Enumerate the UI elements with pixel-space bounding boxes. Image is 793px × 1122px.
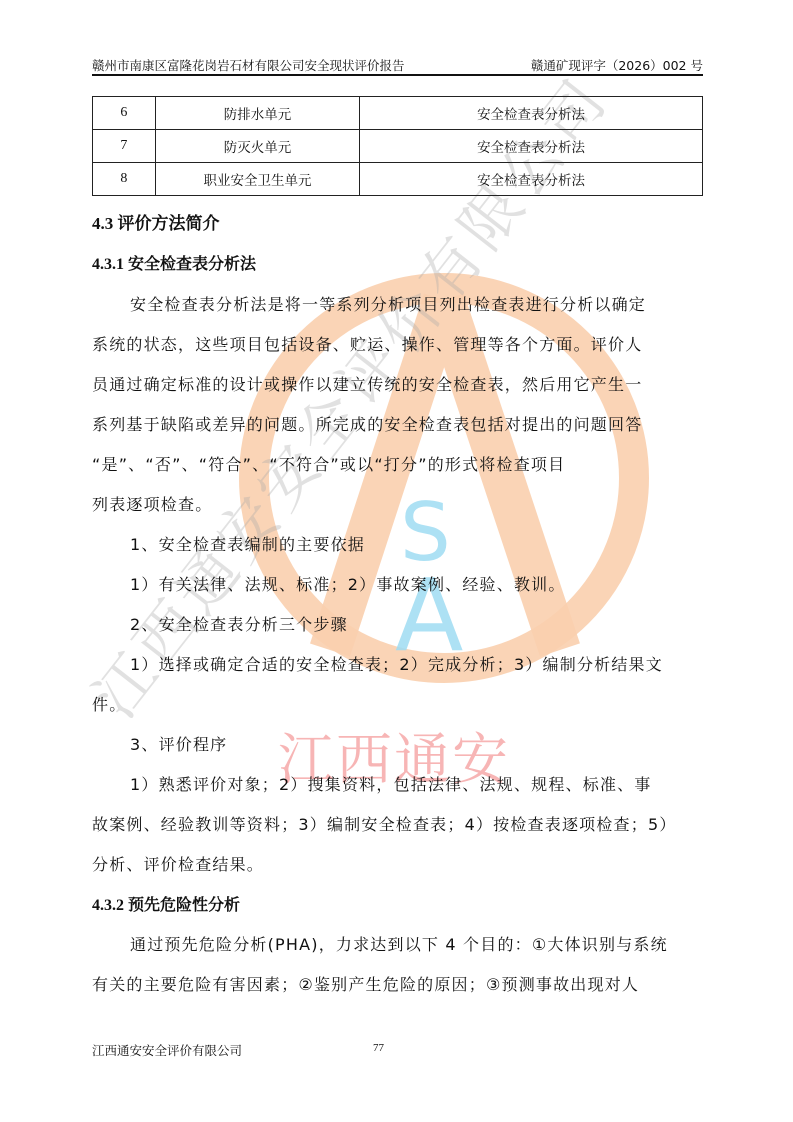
list-heading: 1、安全检查表编制的主要依据: [130, 532, 703, 555]
list-item-continuation: 分析、评价检查结果。: [92, 852, 703, 875]
paragraph-line: 安全检查表分析法是将一等系列分析项目列出检查表进行分析以确定: [130, 292, 703, 315]
row-number: 8: [93, 163, 156, 196]
paragraph-line: 通过预先危险分析(PHA)，力求达到以下 4 个目的：①大体识别与系统: [130, 932, 703, 955]
document-page: S A 江西通安安全评价有限公司 江西通安 赣州市南康区富隆花岗岩石材有限公司安…: [0, 0, 793, 1122]
paragraph-line: 系统的状态，这些项目包括设备、贮运、操作、管理等各个方面。评价人: [92, 332, 703, 355]
page-header: 赣州市南康区富隆花岗岩石材有限公司安全现状评价报告 赣通矿现评字（2026）00…: [92, 54, 703, 74]
method-name: 安全检查表分析法: [360, 97, 703, 130]
report-title: 赣州市南康区富隆花岗岩石材有限公司安全现状评价报告: [92, 56, 405, 74]
evaluation-unit-table: 6 防排水单元 安全检查表分析法 7 防灭火单元 安全检查表分析法 8 职业安全…: [92, 96, 703, 196]
unit-name: 职业安全卫生单元: [155, 163, 359, 196]
paragraph-line: 系列基于缺陷或差异的问题。所完成的安全检查表包括对提出的问题回答: [92, 412, 703, 435]
paragraph-line: “是”、“否”、“符合”、“不符合”或以“打分”的形式将检查项目: [92, 452, 703, 475]
row-number: 7: [93, 130, 156, 163]
table-row: 6 防排水单元 安全检查表分析法: [93, 97, 703, 130]
list-heading: 2、安全检查表分析三个步骤: [130, 612, 703, 635]
method-name: 安全检查表分析法: [360, 163, 703, 196]
unit-name: 防排水单元: [155, 97, 359, 130]
header-divider: [92, 74, 703, 76]
table-row: 7 防灭火单元 安全检查表分析法: [93, 130, 703, 163]
section-heading: 4.3 评价方法简介: [92, 209, 220, 234]
footer-company: 江西通安安全评价有限公司: [92, 1041, 242, 1059]
document-number: 赣通矿现评字（2026）002 号: [531, 56, 703, 74]
page-number: 77: [373, 1042, 384, 1054]
row-number: 6: [93, 97, 156, 130]
table-row: 8 职业安全卫生单元 安全检查表分析法: [93, 163, 703, 196]
list-item-continuation: 件。: [92, 692, 703, 715]
paragraph-line: 有关的主要危险有害因素；②鉴别产生危险的原因；③预测事故出现对人: [92, 972, 703, 995]
method-name: 安全检查表分析法: [360, 130, 703, 163]
paragraph-line: 员通过确定标准的设计或操作以建立传统的安全检查表，然后用它产生一: [92, 372, 703, 395]
subsection-heading: 4.3.2 预先危险性分析: [92, 892, 240, 915]
list-item: 1）有关法律、法规、标准；2）事故案例、经验、教训。: [130, 572, 703, 595]
list-item: 1）熟悉评价对象；2）搜集资料，包括法律、法规、规程、标准、事: [130, 772, 703, 795]
subsection-heading: 4.3.1 安全检查表分析法: [92, 251, 256, 274]
paragraph-line: 列表逐项检查。: [92, 492, 703, 515]
unit-name: 防灭火单元: [155, 130, 359, 163]
list-item: 1）选择或确定合适的安全检查表；2）完成分析；3）编制分析结果文: [130, 652, 703, 675]
list-heading: 3、评价程序: [130, 732, 703, 755]
list-item-continuation: 故案例、经验教训等资料；3）编制安全检查表；4）按检查表逐项检查；5）: [92, 812, 703, 835]
